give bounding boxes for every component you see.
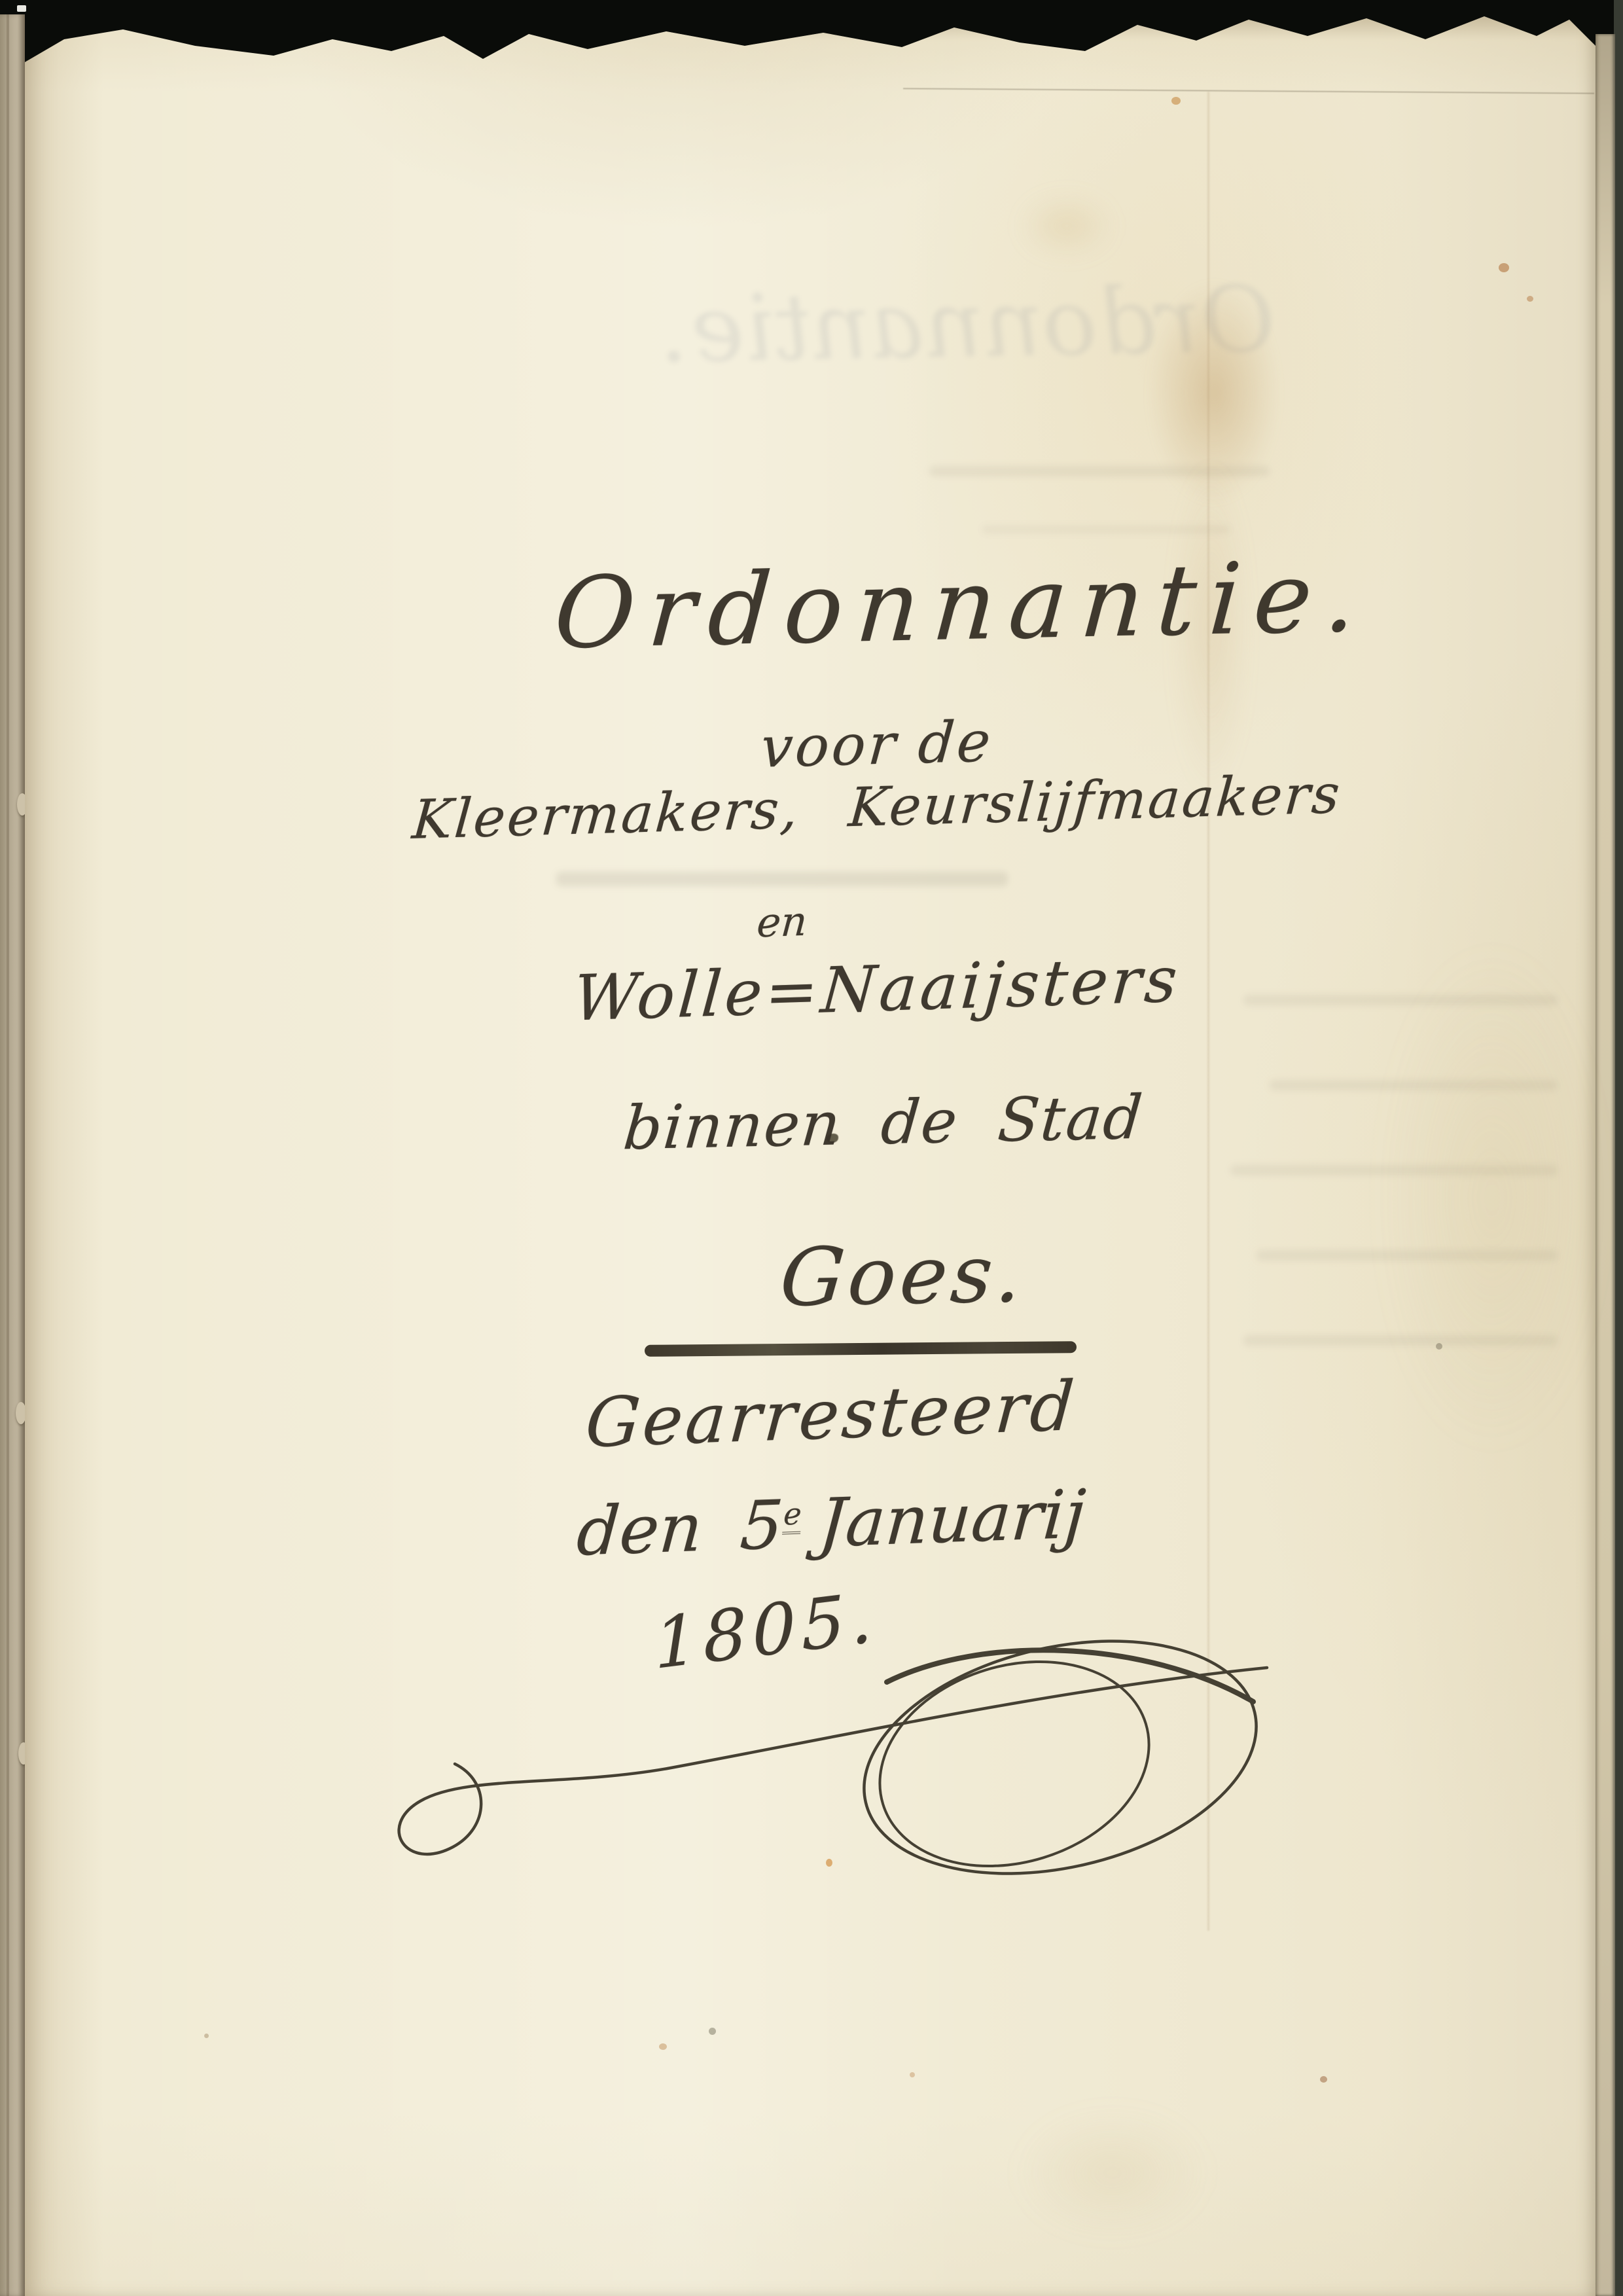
dust-speck <box>17 5 26 12</box>
binding-stitch-bump <box>16 1402 26 1424</box>
foxing-spot <box>709 2028 716 2035</box>
date-superscript: e <box>782 1496 802 1534</box>
scanned-manuscript: { "document": { "title": "Ordonnantie.",… <box>0 0 1623 2296</box>
age-toning <box>1021 196 1113 255</box>
bleed-through-ghost-text: Ordonnantie. <box>526 264 1412 386</box>
city-line: Goes. <box>749 1227 1058 1325</box>
foxing-spot <box>910 2072 915 2077</box>
for-phrase-line: voor de <box>678 707 1076 783</box>
conjunction-line: en <box>705 895 859 948</box>
foxing-spot <box>1499 263 1509 272</box>
ink-flourish <box>393 1630 1283 1885</box>
within-phrase-line: binnen de Stad <box>599 1082 1168 1164</box>
foxing-spot <box>1171 97 1181 105</box>
bleed-through-underline <box>556 872 1008 886</box>
scanner-background-right <box>1614 0 1623 2296</box>
foxing-spot <box>1320 2076 1327 2083</box>
title-line: Ordonnantie. <box>520 539 1404 672</box>
age-toning <box>1387 949 1597 1446</box>
book-binding-strip <box>0 14 25 2296</box>
date-month: Januarij <box>816 1475 1088 1563</box>
foxing-spot <box>1527 296 1533 302</box>
date-prefix: den 5 <box>575 1486 786 1571</box>
page-stack-edge <box>1596 34 1615 2296</box>
foxing-spot <box>204 2034 209 2038</box>
foxing-spot <box>1436 1343 1442 1350</box>
age-toning <box>1021 2114 1204 2232</box>
foxing-spot <box>659 2043 667 2050</box>
